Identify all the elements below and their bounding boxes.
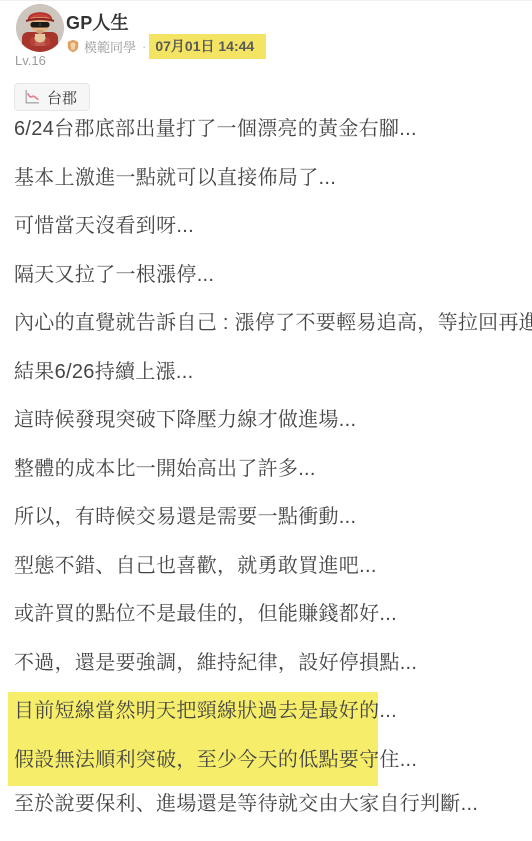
cartoon-character-avatar bbox=[16, 4, 64, 52]
tag-label: 台郡 bbox=[47, 87, 77, 108]
avatar[interactable] bbox=[16, 4, 64, 52]
post-paragraph: 整體的成本比一開始高出了許多... bbox=[14, 455, 526, 483]
stock-chart-icon bbox=[23, 88, 41, 106]
post-paragraph: 可惜當天沒看到呀... bbox=[14, 212, 526, 240]
post-timestamp: 07月01日 14:44 bbox=[149, 34, 266, 59]
post-paragraph: 6/24台郡底部出量打了一個漂亮的黃金右腳... bbox=[14, 115, 526, 143]
post-content: 6/24台郡底部出量打了一個漂亮的黃金右腳... 基本上激進一點就可以直接佈局了… bbox=[14, 115, 526, 839]
post-paragraph: 隔天又拉了一根漲停... bbox=[14, 261, 526, 289]
meta-separator: · bbox=[142, 39, 146, 54]
post-paragraph-highlighted: 目前短線當然明天把頸線狀過去是最好的... bbox=[14, 697, 374, 725]
post-paragraph: 基本上激進一點就可以直接佈局了... bbox=[14, 164, 526, 192]
shield-badge-icon bbox=[66, 39, 80, 53]
post-paragraph: 結果6/26持續上漲... bbox=[14, 358, 526, 386]
stock-tag-chip[interactable]: 台郡 bbox=[14, 83, 90, 111]
username[interactable]: GP人生 bbox=[66, 9, 129, 35]
post-paragraph: 不過，還是要強調，維持紀律，設好停損點... bbox=[14, 649, 526, 677]
post-paragraph: 至於說要保利、進場還是等待就交由大家自行判斷... bbox=[14, 790, 526, 818]
post-paragraph: 內心的直覺就告訴自己 : 漲停了不要輕易追高，等拉回再進場... bbox=[14, 309, 526, 337]
post-paragraph: 所以，有時候交易還是需要一點衝動... bbox=[14, 503, 526, 531]
post-page: GP人生 模範同學 · 07月01日 14:44 Lv.16 台郡 6/2 bbox=[0, 0, 532, 841]
meta-row: 模範同學 · 07月01日 14:44 bbox=[66, 33, 266, 59]
highlighted-block: 目前短線當然明天把頸線狀過去是最好的... 假設無法順利突破，至少今天的低點要守… bbox=[8, 692, 378, 786]
post-paragraph-highlighted: 假設無法順利突破，至少今天的低點要守住... bbox=[14, 746, 374, 774]
post-paragraph: 或許買的點位不是最佳的，但能賺錢都好... bbox=[14, 600, 526, 628]
post-paragraph: 這時候發現突破下降壓力線才做進場... bbox=[14, 406, 526, 434]
badge-label: 模範同學 bbox=[84, 37, 136, 56]
post-paragraph: 型態不錯、自己也喜歡，就勇敢買進吧... bbox=[14, 552, 526, 580]
user-level: Lv.16 bbox=[15, 53, 46, 68]
